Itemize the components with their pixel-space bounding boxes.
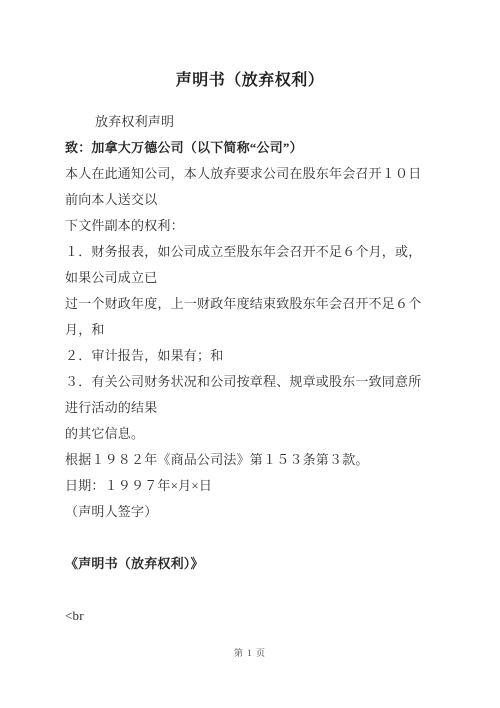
document-line: 月，和 — [65, 317, 420, 343]
blank-line — [65, 577, 420, 603]
document-line: （声明人签字） — [65, 499, 420, 525]
document-line: 《声明书（放弃权利）》 — [65, 551, 420, 577]
document-line: 下文件副本的权利： — [65, 213, 420, 239]
document-line: 根据１９８２年《商品公司法》第１５３条第３款。 — [65, 447, 420, 473]
document-line: 本人在此通知公司，本人放弃要求公司在股东年会召开１０日 — [65, 161, 420, 187]
document-title: 声明书（放弃权利） — [0, 0, 500, 91]
document-line: 如果公司成立已 — [65, 265, 420, 291]
document-line: 前向本人送交以 — [65, 187, 420, 213]
document-line: 进行活动的结果 — [65, 395, 420, 421]
document-line: 的其它信息。 — [65, 421, 420, 447]
document-line: ３．有关公司财务状况和公司按章程、规章或股东一致同意所 — [65, 369, 420, 395]
document-line: <br — [65, 603, 420, 629]
document-line: 日期：１９９７年×月×日 — [65, 473, 420, 499]
document-line: 致：加拿大万德公司（以下简称“公司”） — [65, 135, 420, 161]
document-page: 声明书（放弃权利） 放弃权利声明 致：加拿大万德公司（以下简称“公司”） 本人在… — [0, 0, 500, 708]
page-number: 第 1 页 — [0, 646, 500, 659]
document-line: 放弃权利声明 — [65, 109, 420, 135]
document-line: 过一个财政年度，上一财政年度结束致股东年会召开不足６个 — [65, 291, 420, 317]
document-line: １．财务报表，如公司成立至股东年会召开不足６个月，或， — [65, 239, 420, 265]
document-line: ２．审计报告，如果有；和 — [65, 343, 420, 369]
document-body: 放弃权利声明 致：加拿大万德公司（以下简称“公司”） 本人在此通知公司，本人放弃… — [65, 109, 420, 629]
blank-line — [65, 525, 420, 551]
